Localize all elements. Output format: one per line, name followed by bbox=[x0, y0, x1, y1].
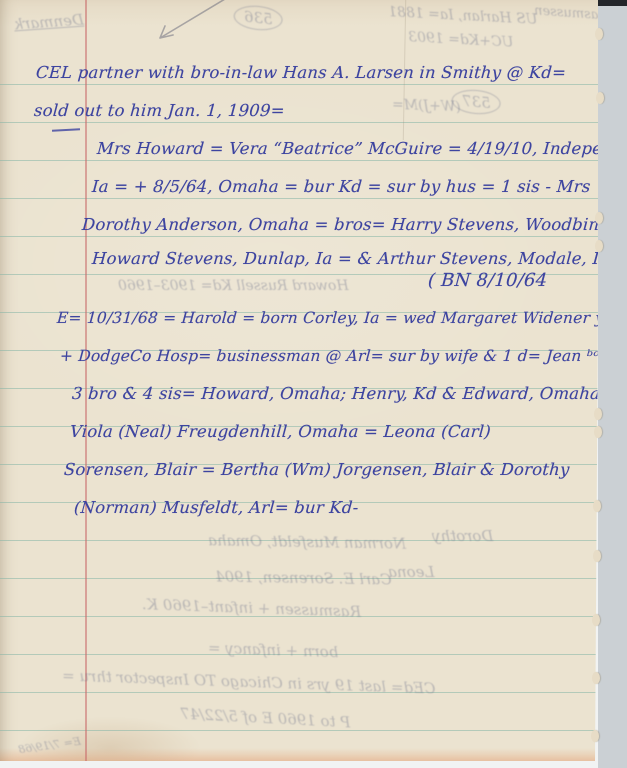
pencil-arrow-icon bbox=[126, 0, 242, 46]
handwriting-line: Mrs Howard = Vera “Beatrice” McGuire = 4… bbox=[96, 137, 627, 161]
handwriting-line: (Norman) Musfeldt, Arl= bur Kd- bbox=[73, 496, 359, 520]
handwriting-line: sold out to him Jan. 1, 1909= bbox=[33, 99, 285, 123]
handwriting-line: 3 bro & 4 sis= Howard, Omaha; Henry, Kd … bbox=[71, 382, 601, 406]
torn-edge-bump bbox=[594, 426, 602, 438]
torn-edge-bump bbox=[591, 730, 599, 742]
scanned-page: { "page": { "kind": "scanned handwritten… bbox=[0, 0, 627, 768]
scanner-edge-shadow bbox=[598, 0, 627, 6]
torn-edge-bump bbox=[594, 408, 602, 420]
bleedthrough-text: (W+J)M= bbox=[392, 95, 461, 117]
torn-edge-bump bbox=[595, 240, 603, 252]
handwriting-line: E= 10/31/68 = Harold = born Corley, Ia =… bbox=[56, 306, 627, 330]
handwriting-line: + DodgeCo Hosp= businessman @ Arl= sur b… bbox=[59, 344, 627, 368]
handwriting-line: ( BN 8/10/64 bbox=[427, 269, 548, 293]
handwriting-line: Sorensen, Blair = Bertha (Wm) Jorgensen,… bbox=[63, 458, 570, 482]
handwriting-line: Viola (Neal) Freugdenhill, Omaha = Leona… bbox=[69, 420, 492, 444]
bleedthrough-text: US Harlan, Ia= 1881 bbox=[388, 2, 538, 30]
torn-edge-bump bbox=[593, 550, 601, 562]
bleedthrough-text: UC+Kd= 1903 bbox=[408, 27, 514, 52]
handwriting-line: Dorothy Anderson, Omaha = bros= Harry St… bbox=[81, 213, 627, 237]
handwriting-line: Howard Stevens, Dunlap, Ia = & Arthur St… bbox=[91, 247, 610, 271]
torn-edge-bump bbox=[595, 212, 603, 224]
bleedthrough-text: Leona bbox=[388, 562, 434, 582]
bleedthrough-text: Carl E. Sorensen, 1904 bbox=[215, 566, 392, 589]
notebook-paper: Denmark 536 US Harlan, Ia= 1881 UC+Kd= 1… bbox=[0, 0, 600, 761]
handwriting-line: Ia = + 8/5/64, Omaha = bur Kd = sur by h… bbox=[91, 175, 591, 199]
bleedthrough-text: E= 7/19/68 bbox=[17, 732, 82, 761]
bleedthrough-text: Dorothy bbox=[432, 526, 493, 546]
torn-edge-bump bbox=[592, 614, 600, 626]
bleedthrough-text: Norman Musfeldt, Omaha bbox=[208, 530, 406, 553]
bleedthrough-text: Howard Russell Kd= 1903–1960 bbox=[118, 276, 349, 296]
scanner-background bbox=[598, 0, 627, 768]
torn-edge-bump bbox=[592, 672, 600, 684]
torn-edge-bump bbox=[595, 28, 603, 40]
handwriting-line: CEL partner with bro-in-law Hans A. Lars… bbox=[35, 61, 567, 85]
torn-edge-bump bbox=[596, 92, 604, 104]
bleedthrough-text: Denmark bbox=[13, 10, 84, 35]
torn-edge-bump bbox=[593, 500, 601, 512]
